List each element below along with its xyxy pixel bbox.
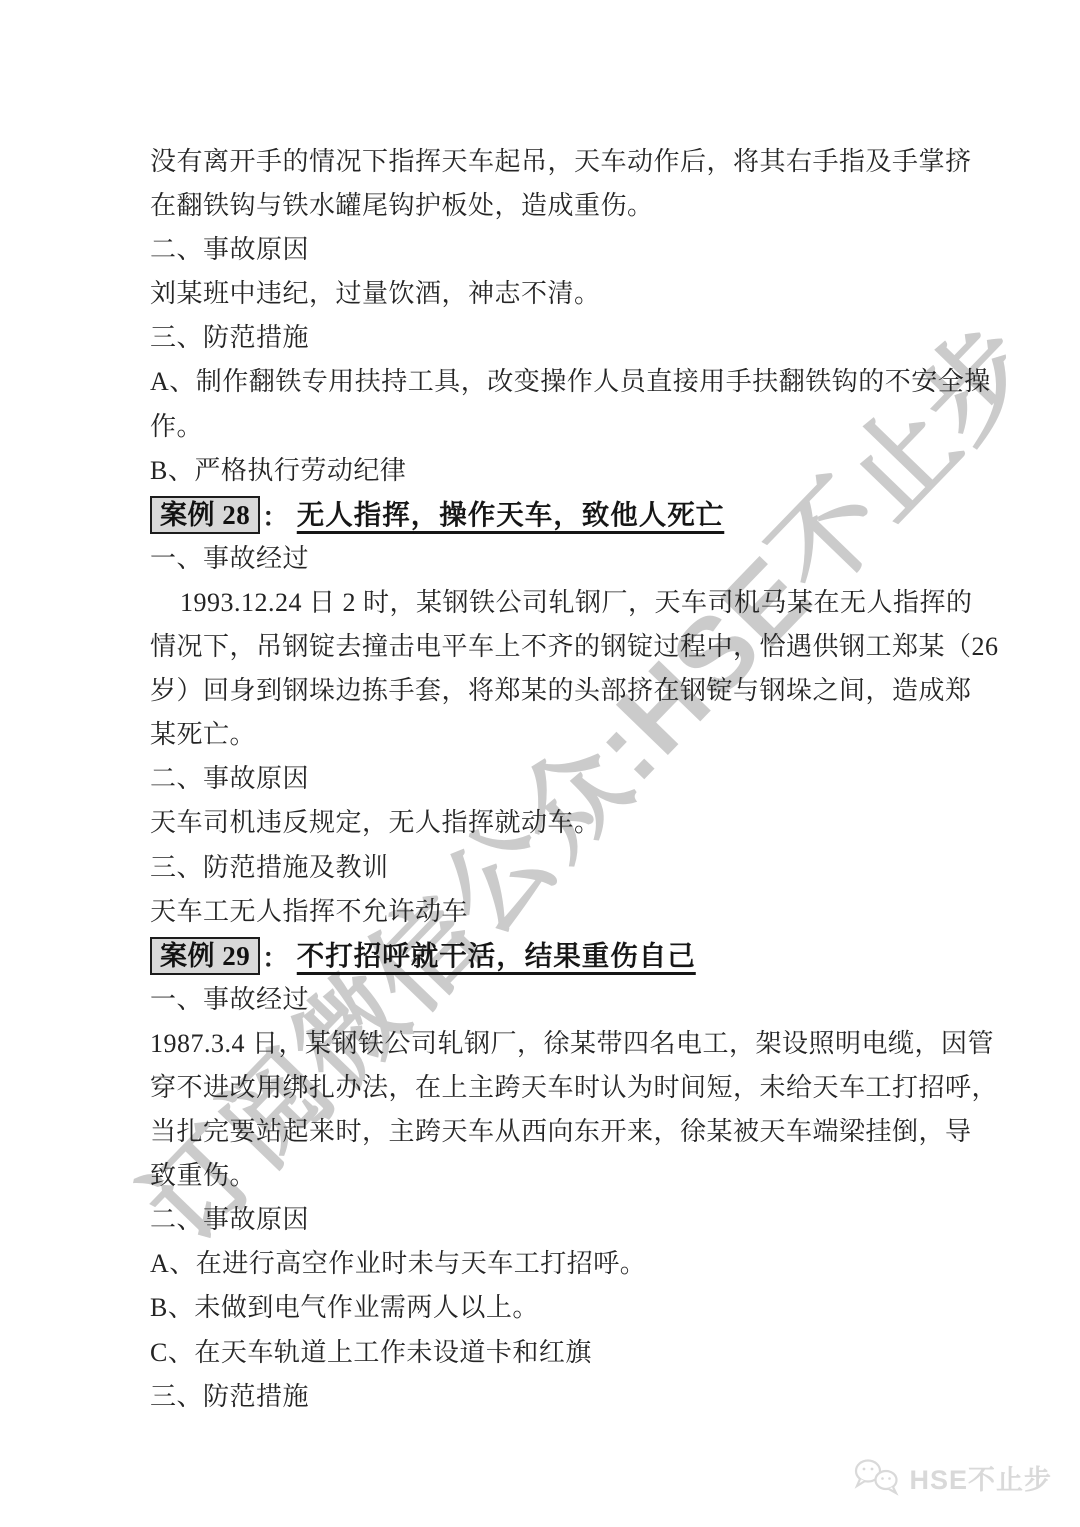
case-heading: 案例 28：无人指挥，操作天车，致他人死亡 — [150, 493, 965, 537]
case-title: 不打招呼就干活，结果重伤自己 — [297, 934, 696, 978]
text-line: 天车工无人指挥不允许动车 — [150, 890, 965, 934]
case-heading: 案例 29：不打招呼就干活，结果重伤自己 — [150, 934, 965, 978]
text-line: 一、事故经过 — [150, 537, 965, 581]
footer-brand: HSE不止步 — [853, 1457, 1052, 1497]
text-line: B、未做到电气作业需两人以上。 — [150, 1286, 965, 1330]
text-line: 当扎完要站起来时，主跨天车从西向东开来，徐某被天车端梁挂倒，导 — [150, 1110, 965, 1154]
case-title: 无人指挥，操作天车，致他人死亡 — [297, 493, 725, 537]
case-separator: ： — [262, 937, 289, 981]
document-page: 订阅微信公众:HSE不止步 没有离开手的情况下指挥天车起吊，天车动作后，将其右手… — [0, 0, 1080, 1527]
text-line: 情况下，吊钢锭去撞击电平车上不齐的钢锭过程中，恰遇供钢工郑某（26 — [150, 625, 965, 669]
case-separator: ： — [262, 496, 289, 540]
case-label: 案例 28 — [150, 496, 260, 534]
text-line: 二、事故原因 — [150, 757, 965, 801]
text-line: 穿不进改用绑扎办法，在上主跨天车时认为时间短，未给天车工打招呼， — [150, 1066, 965, 1110]
footer-brand-text: HSE不止步 — [909, 1458, 1052, 1497]
text-line: 刘某班中违纪，过量饮酒，神志不清。 — [150, 272, 965, 316]
text-line: 作。 — [150, 405, 965, 449]
text-line: 岁）回身到钢垛边拣手套，将郑某的头部挤在钢锭与钢垛之间，造成郑 — [150, 669, 965, 713]
text-line: 在翻铁钩与铁水罐尾钩护板处，造成重伤。 — [150, 184, 965, 228]
text-line: A、制作翻铁专用扶持工具，改变操作人员直接用手扶翻铁钩的不安全操 — [150, 360, 965, 404]
text-line: A、在进行高空作业时未与天车工打招呼。 — [150, 1242, 965, 1286]
text-line: 三、防范措施 — [150, 1375, 965, 1419]
text-line: 1987.3.4 日，某钢铁公司轧钢厂，徐某带四名电工，架设照明电缆，因管 — [150, 1022, 965, 1066]
text-line: 一、事故经过 — [150, 978, 965, 1022]
text-line: 天车司机违反规定，无人指挥就动车。 — [150, 801, 965, 845]
text-line: 某死亡。 — [150, 713, 965, 757]
wechat-icon — [853, 1457, 901, 1497]
text-line: 三、防范措施及教训 — [150, 846, 965, 890]
text-line: B、严格执行劳动纪律 — [150, 449, 965, 493]
document-lines: 没有离开手的情况下指挥天车起吊，天车动作后，将其右手指及手掌挤在翻铁钩与铁水罐尾… — [150, 140, 965, 1419]
text-line: 1993.12.24 日 2 时，某钢铁公司轧钢厂，天车司机马某在无人指挥的 — [150, 581, 965, 625]
text-line: C、在天车轨道上工作未设道卡和红旗 — [150, 1331, 965, 1375]
case-label: 案例 29 — [150, 937, 260, 975]
text-line: 三、防范措施 — [150, 316, 965, 360]
text-line: 二、事故原因 — [150, 1198, 965, 1242]
text-line: 没有离开手的情况下指挥天车起吊，天车动作后，将其右手指及手掌挤 — [150, 140, 965, 184]
text-line: 二、事故原因 — [150, 228, 965, 272]
text-line: 致重伤。 — [150, 1154, 965, 1198]
